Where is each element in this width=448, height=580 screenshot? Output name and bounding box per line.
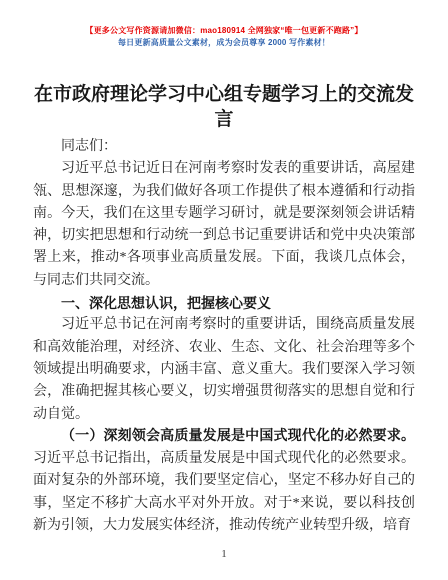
paragraph: 习近平总书记近日在河南考察时发表的重要讲话，高屋建瓴、思想深邃，为我们做好各项工… bbox=[33, 158, 415, 292]
promo-header: 【更多公文写作资源请加微信：mao180914 全网独家“唯一包更新不跑路”】 … bbox=[0, 0, 448, 49]
promo-line-blue: 每日更新高质量公文素材，成为会员尊享 2000 写作素材！ bbox=[0, 37, 448, 49]
paragraph: 同志们： bbox=[33, 136, 415, 158]
document-body: 同志们：习近平总书记近日在河南考察时发表的重要讲话，高屋建瓴、思想深邃，为我们做… bbox=[0, 136, 448, 537]
page-number: 1 bbox=[0, 548, 448, 560]
paragraph-lead-bold: （一）深刻领会高质量发展是中国式现代化的必然要求。 bbox=[61, 429, 415, 444]
paragraph: （一）深刻领会高质量发展是中国式现代化的必然要求。习近平总书记指出，高质量发展是… bbox=[33, 426, 415, 537]
paragraph: 习近平总书记在河南考察时的重要讲话，围绕高质量发展和高效能治理，对经济、农业、生… bbox=[33, 314, 415, 425]
promo-line-red: 【更多公文写作资源请加微信：mao180914 全网独家“唯一包更新不跑路”】 bbox=[0, 25, 448, 37]
document-title: 在市政府理论学习中心组专题学习上的交流发言 bbox=[33, 82, 415, 132]
section-heading: 一、深化思想认识，把握核心要义 bbox=[33, 292, 415, 314]
document-page: 【更多公文写作资源请加微信：mao180914 全网独家“唯一包更新不跑路”】 … bbox=[0, 0, 448, 580]
